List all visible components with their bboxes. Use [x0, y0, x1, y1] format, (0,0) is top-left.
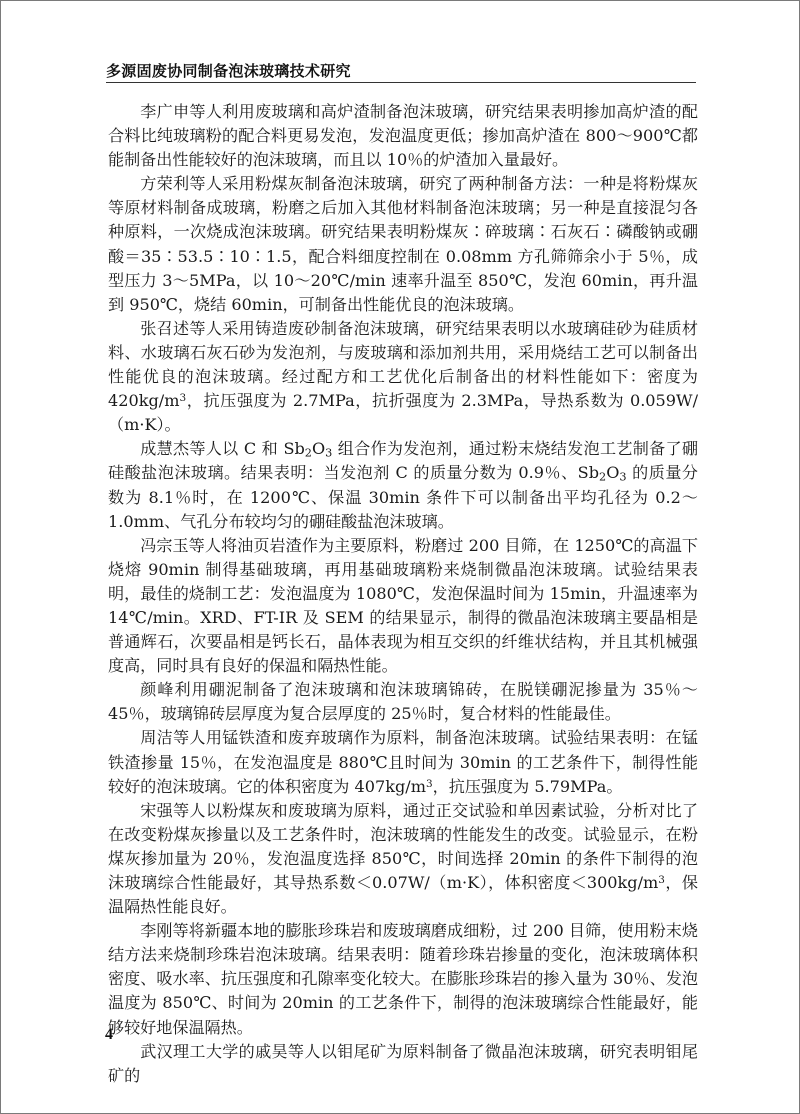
paragraph-zhou-jie: 周洁等人用锰铁渣和废弃玻璃作为原料，制备泡沫玻璃。试验结果表明：在锰铁渣掺量 1… — [108, 726, 698, 798]
body-text: 李广申等人利用废玻璃和高炉渣制备泡沫玻璃，研究结果表明掺加高炉渣的配合料比纯玻璃… — [108, 100, 698, 1088]
running-title: 多源固废协同制备泡沫玻璃技术研究 — [106, 60, 696, 81]
paragraph-text: O — [312, 439, 325, 458]
paragraph-text: O — [606, 463, 619, 482]
subscript: 2 — [305, 447, 312, 460]
paragraph-zhang-zhaoshu: 张召述等人采用铸造废砂制备泡沫玻璃，研究结果表明以水玻璃硅砂为硅质材料、水玻璃石… — [108, 317, 698, 437]
paragraph-text: 成慧杰等人以 C 和 Sb — [140, 439, 305, 458]
paragraph-cheng-huijie: 成慧杰等人以 C 和 Sb2O3 组合作为发泡剂，通过粉末烧结发泡工艺制备了硼硅… — [108, 437, 698, 533]
paragraph-fang-rongli: 方荣利等人采用粉煤灰制备泡沫玻璃，研究了两种制备方法：一种是将粉煤灰等原材料制备… — [108, 172, 698, 317]
paragraph-li-guangshen: 李广申等人利用废玻璃和高炉渣制备泡沫玻璃，研究结果表明掺加高炉渣的配合料比纯玻璃… — [108, 100, 698, 172]
paragraph-feng-zongyu: 冯宗玉等人将油页岩渣作为主要原料，粉磨过 200 目筛，在 1250℃的高温下烧… — [108, 534, 698, 679]
page-number: 4 — [105, 1026, 113, 1044]
document-page: 多源固废协同制备泡沫玻璃技术研究 李广申等人利用废玻璃和高炉渣制备泡沫玻璃，研究… — [0, 0, 800, 1114]
paragraph-li-gang: 李刚等将新疆本地的膨胀珍珠岩和废玻璃磨成细粉，过 200 目筛，使用粉末烧结方法… — [108, 919, 698, 1039]
header-rule — [106, 82, 696, 83]
paragraph-text: ，抗压强度为 2.7MPa，抗折强度为 2.3MPa，导热系数为 0.059W/… — [108, 391, 698, 434]
superscript: 3 — [658, 874, 665, 886]
paragraph-text: 宋强等人以粉煤灰和废玻璃为原料，通过正交试验和单因素试验，分析对比了在改变粉煤灰… — [108, 801, 698, 892]
paragraph-wuhan-qi-hao: 武汉理工大学的戚昊等人以钼尾矿为原料制备了微晶泡沫玻璃，研究表明钼尾矿的 — [108, 1040, 698, 1088]
paragraph-song-qiang: 宋强等人以粉煤灰和废玻璃为原料，通过正交试验和单因素试验，分析对比了在改变粉煤灰… — [108, 799, 698, 919]
paragraph-yan-feng: 颜峰利用硼泥制备了泡沫玻璃和泡沫玻璃锦砖，在脱镁硼泥掺量为 35％～45％，玻璃… — [108, 678, 698, 726]
paragraph-text: ，抗压强度为 5.79MPa。 — [433, 777, 623, 796]
subscript: 3 — [619, 471, 626, 484]
superscript: 3 — [426, 777, 433, 789]
